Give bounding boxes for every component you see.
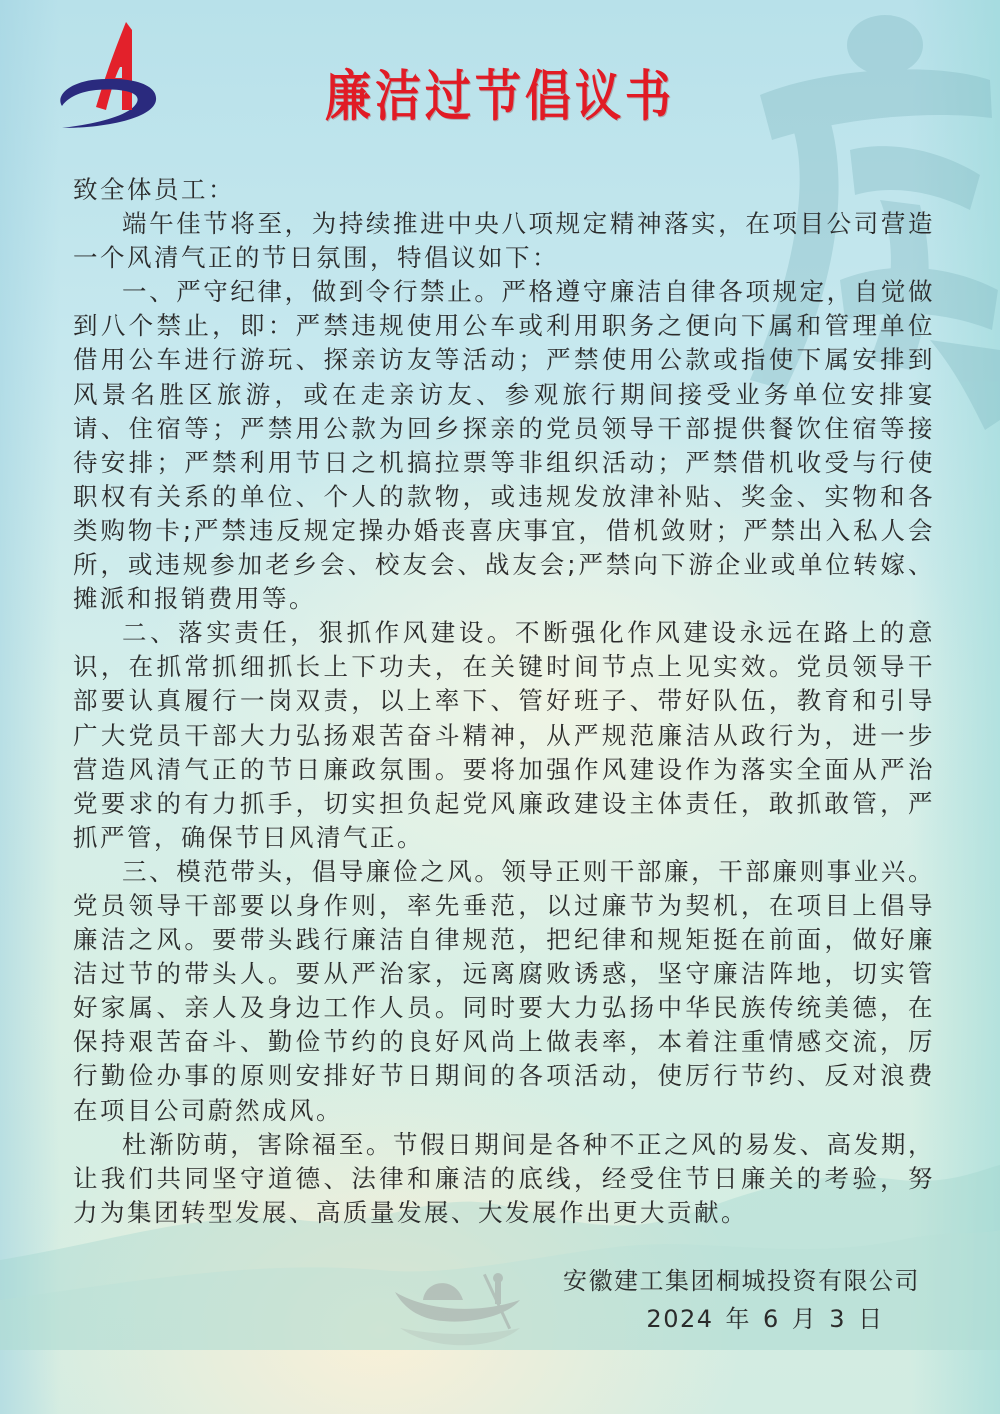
signature-block: 安徽建工集团桐城投资有限公司 2024年6月3日 — [450, 1262, 920, 1338]
signature-date: 2024年6月3日 — [450, 1300, 920, 1338]
paragraph-section-3: 三、模范带头，倡导廉俭之风。领导正则干部廉，干部廉则事业兴。党员领导干部要以身作… — [73, 855, 935, 1128]
page-title: 廉洁过节倡议书 — [300, 61, 700, 132]
date-day: 3 — [829, 1305, 846, 1333]
date-month-unit: 月 — [792, 1305, 818, 1333]
signature-organization: 安徽建工集团桐城投资有限公司 — [450, 1262, 920, 1300]
paragraph-section-2: 二、落实责任，狠抓作风建设。不断强化作风建设永远在路上的意识，在抓常抓细抓长上下… — [73, 616, 935, 855]
paragraph-intro: 端午佳节将至，为持续推进中央八项规定精神落实，在项目公司营造一个风清气正的节日氛… — [73, 207, 935, 275]
salutation: 致全体员工： — [73, 173, 935, 207]
date-day-unit: 日 — [858, 1305, 884, 1333]
date-month: 6 — [763, 1305, 780, 1333]
paragraph-section-1: 一、严守纪律，做到令行禁止。严格遵守廉洁自律各项规定，自觉做到八个禁止，即：严禁… — [73, 275, 935, 616]
company-logo-icon — [56, 22, 158, 134]
date-year-unit: 年 — [726, 1305, 752, 1333]
letter-body: 致全体员工： 端午佳节将至，为持续推进中央八项规定精神落实，在项目公司营造一个风… — [73, 173, 935, 1230]
paragraph-closing: 杜渐防萌，害除福至。节假日期间是各种不正之风的易发、高发期，让我们共同坚守道德、… — [73, 1128, 935, 1230]
date-year: 2024 — [646, 1305, 713, 1333]
